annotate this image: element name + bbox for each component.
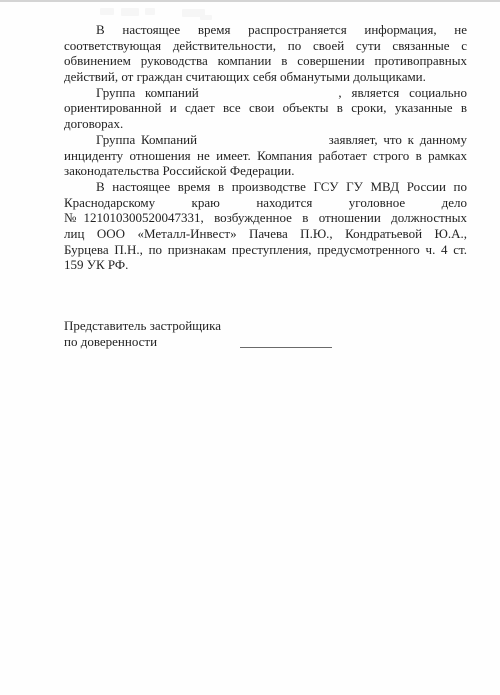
paragraph-2: Группа компаний , является социально ори…: [64, 85, 467, 132]
paragraph-4: В настоящее время в производстве ГСУ ГУ …: [64, 179, 467, 273]
document-text: В настоящее время распространяется инфор…: [64, 22, 467, 273]
text-line: инциденту отношения не имеет. Компания р…: [64, 148, 467, 164]
text-line: законодательства Российской Федерации.: [64, 163, 467, 179]
paragraph-1: В настоящее время распространяется инфор…: [64, 22, 467, 85]
text-segment: Группа Компаний: [96, 132, 197, 147]
text-segment: заявляет, что к данному: [329, 132, 467, 147]
redacted-gap: [209, 96, 329, 97]
scan-artifact: [100, 8, 114, 15]
redacted-gap: [203, 143, 323, 144]
text-line: обвинением руководства компании в соверш…: [64, 53, 467, 69]
scan-artifact: [121, 8, 139, 16]
paragraph-3: Группа Компаний заявляет, что к данному …: [64, 132, 467, 179]
text-line: договорах.: [64, 116, 467, 132]
text-line: Краснодарскому краю находится уголовное …: [64, 195, 467, 211]
page-top-border: [0, 0, 500, 2]
text-line: ориентированной и сдает все свои объекты…: [64, 100, 467, 116]
text-segment: Группа компаний: [96, 85, 199, 100]
text-line-with-redaction: Группа Компаний заявляет, что к данному: [64, 132, 467, 148]
scan-artifact: [145, 8, 155, 15]
text-line: №121010300520047331, возбужденное в отно…: [64, 210, 467, 226]
text-line: лиц ООО «Металл-Инвест» Пачева П.Ю., Кон…: [64, 226, 467, 242]
text-line: 159 УК РФ.: [64, 257, 467, 273]
signature-line: [240, 347, 332, 348]
text-line: В настоящее время в производстве ГСУ ГУ …: [64, 179, 467, 195]
text-line: Бурцева П.Н., по признакам преступления,…: [64, 242, 467, 258]
document-page: В настоящее время распространяется инфор…: [0, 0, 500, 695]
scan-artifact: [200, 15, 212, 20]
text-line-with-redaction: Группа компаний , является социально: [64, 85, 467, 101]
text-line: действий, от граждан считающих себя обма…: [64, 69, 467, 85]
text-line: соответствующая действительности, по сво…: [64, 38, 467, 54]
text-segment: , является социально: [338, 85, 467, 100]
signature-block: Представитель застройщика по доверенност…: [64, 318, 467, 349]
signature-title-line: Представитель застройщика: [64, 318, 467, 334]
text-line: В настоящее время распространяется инфор…: [64, 22, 467, 38]
